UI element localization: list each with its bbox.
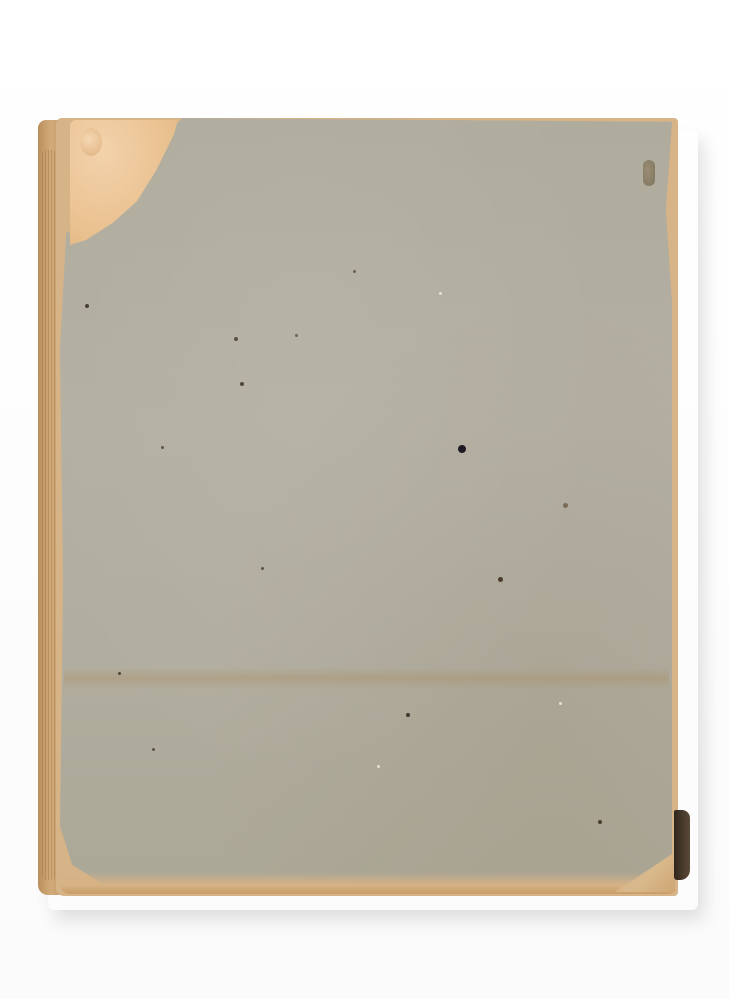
speckle: [377, 765, 380, 768]
horizontal-fold-stain: [64, 668, 669, 690]
speckle: [240, 382, 244, 386]
speckle: [439, 292, 442, 295]
speckle: [234, 337, 238, 341]
speckle: [118, 672, 121, 675]
photo-scene: [0, 0, 729, 999]
corner-dent: [80, 128, 102, 156]
gray-paper-cover: [60, 118, 672, 888]
page-edge-striations: [42, 150, 56, 880]
speckle: [152, 748, 155, 751]
speckle: [559, 702, 562, 705]
speckle: [295, 334, 298, 337]
speckle: [598, 820, 602, 824]
dark-leather-tab: [674, 810, 690, 880]
bottom-edge-wear: [60, 872, 675, 894]
speckle: [85, 304, 89, 308]
edge-knob: [643, 160, 655, 186]
speckle: [261, 567, 264, 570]
speckle: [353, 270, 356, 273]
speckle: [498, 577, 503, 582]
speckle: [406, 713, 410, 717]
speckle: [161, 446, 164, 449]
speckle: [563, 503, 568, 508]
speckle: [458, 445, 466, 453]
